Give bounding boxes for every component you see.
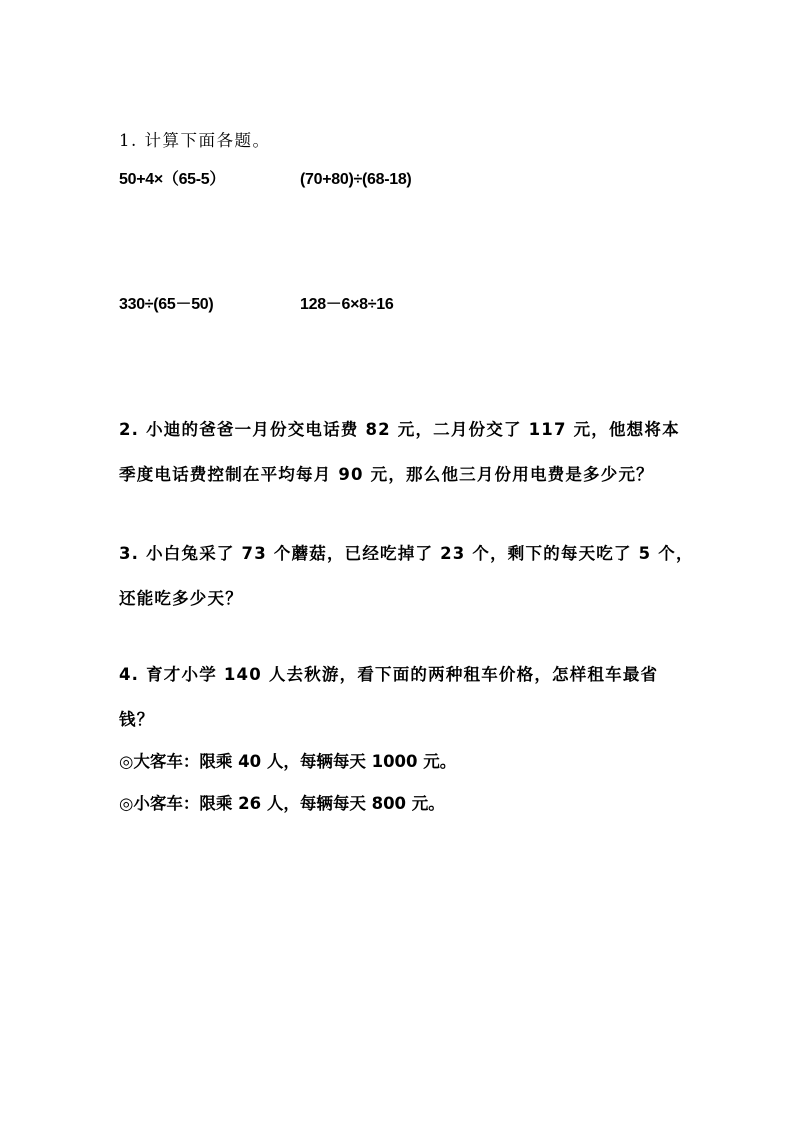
question-2-line-2: 季度电话费控制在平均每月 90 元，那么他三月份用电费是多少元？ <box>119 464 654 486</box>
question-3-line-2: 还能吃多少天？ <box>119 588 243 610</box>
expression-4: 128－6×8÷16 <box>300 294 393 316</box>
question-4-option-small-bus: ◎小客车：限乘 26 人，每辆每天 800 元。 <box>119 793 445 815</box>
question-4-option-large-bus: ◎大客车：限乘 40 人，每辆每天 1000 元。 <box>119 751 456 773</box>
question-3-line-1: 3. 小白兔采了 73 个蘑菇，已经吃掉了 23 个，剩下的每天吃了 5 个， <box>119 543 694 565</box>
expression-1: 50+4×（65-5） <box>119 169 225 191</box>
question-4-line-2: 钱？ <box>119 709 154 731</box>
expression-2: (70+80)÷(68-18) <box>300 169 411 191</box>
expression-3: 330÷(65－50) <box>119 294 213 316</box>
question-4-line-1: 4. 育才小学 140 人去秋游，看下面的两种租车价格，怎样租车最省 <box>119 664 658 686</box>
section-1-title: 1. 计算下面各题。 <box>119 130 271 152</box>
question-2-line-1: 2. 小迪的爸爸一月份交电话费 82 元，二月份交了 117 元，他想将本 <box>119 419 680 441</box>
